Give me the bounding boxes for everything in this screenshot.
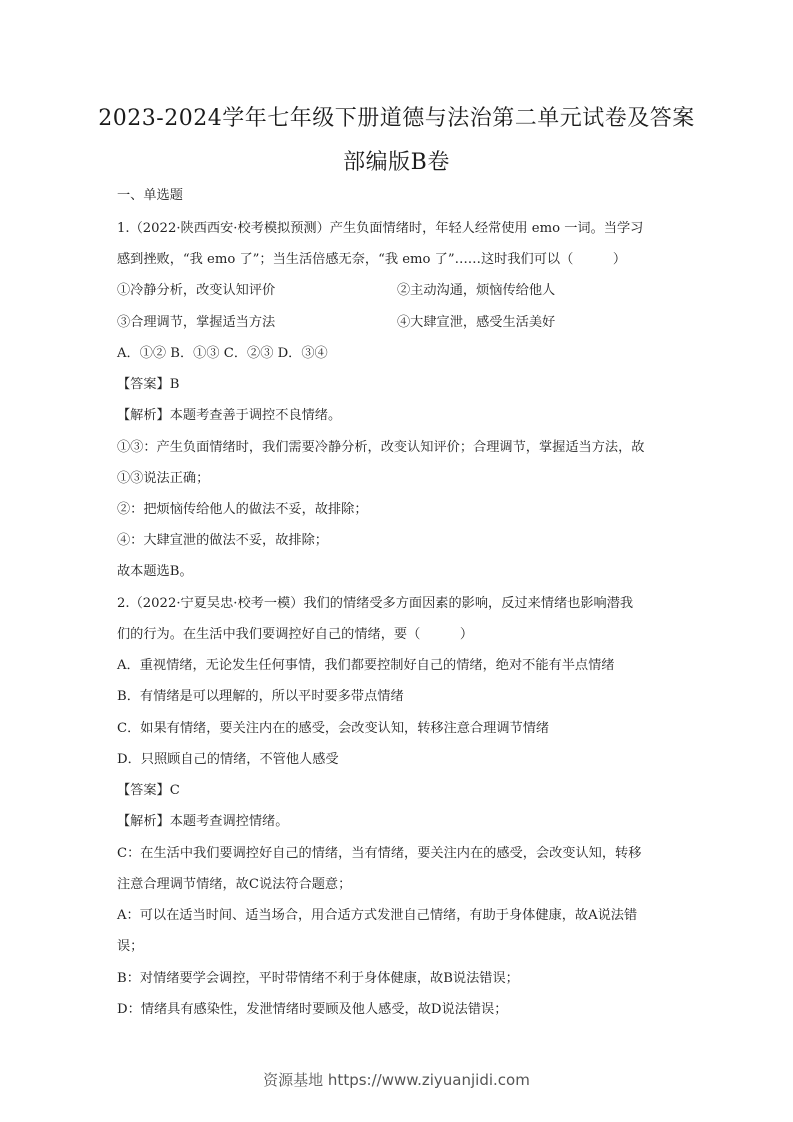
- q2-option-c: C．如果有情绪，要关注内在的感受，会改变认知，转移注意合理调节情绪: [117, 720, 549, 738]
- q2-explanation-line1: C：在生活中我们要调控好自己的情绪，当有情绪，要关注内在的感受，会改变认知，转移: [117, 845, 641, 863]
- q1-option-4: ④大肆宣泄，感受生活美好: [397, 314, 555, 332]
- q1-explanation-line3: ②：把烦恼传给他人的做法不妥，故排除；: [117, 501, 368, 519]
- q1-analysis: 【解析】本题考查善于调控不良情绪。: [117, 407, 341, 425]
- q2-explanation-line4: 误；: [117, 938, 143, 956]
- q1-conclusion: 故本题选B。: [117, 563, 193, 581]
- q2-explanation-line3: A：可以在适当时间、适当场合，用合适方式发泄自己情绪，有助于身体健康，故A说法错: [117, 907, 637, 925]
- document-title: 2023-2024学年七年级下册道德与法治第二单元试卷及答案: [0, 101, 793, 132]
- q1-explanation-line1: ①③：产生负面情绪时，我们需要冷静分析，改变认知评价；合理调节，掌握适当方法，故: [117, 439, 645, 457]
- q1-option-3: ③合理调节，掌握适当方法: [117, 314, 275, 332]
- document-subtitle: 部编版B卷: [0, 145, 793, 176]
- q2-explanation-line5: B：对情绪要学会调控，平时带情绪不利于身体健康，故B说法错误；: [117, 970, 519, 988]
- q1-option-2: ②主动沟通，烦恼传给他人: [397, 282, 555, 300]
- section-heading: 一、单选题: [117, 187, 183, 205]
- q2-answer: 【答案】C: [117, 782, 180, 800]
- q1-answer: 【答案】B: [117, 376, 179, 394]
- q2-analysis: 【解析】本题考查调控情绪。: [117, 813, 288, 831]
- q2-explanation-line6: D：情绪具有感染性，发泄情绪时要顾及他人感受，故D说法错误；: [117, 1001, 507, 1019]
- q2-option-b: B．有情绪是可以理解的，所以平时要多带点情绪: [117, 688, 404, 706]
- q2-explanation-line2: 注意合理调节情绪，故C说法符合题意；: [117, 876, 351, 894]
- q1-stem-line2: 感到挫败，“我 emo 了”；当生活倍感无奈，“我 emo 了”……这时我们可以…: [117, 251, 626, 269]
- q1-stem-line1: 1.（2022·陕西西安·校考模拟预测）产生负面情绪时，年轻人经常使用 emo …: [117, 220, 643, 238]
- q1-explanation-line2: ①③说法正确；: [117, 470, 209, 488]
- q1-explanation-line4: ④：大肆宣泄的做法不妥，故排除；: [117, 532, 328, 550]
- q2-option-a: A．重视情绪，无论发生任何事情，我们都要控制好自己的情绪，绝对不能有半点情绪: [117, 657, 614, 675]
- q1-choices: A．①② B．①③ C．②③ D．③④: [117, 345, 328, 363]
- q1-option-1: ①冷静分析，改变认知评价: [117, 282, 275, 300]
- q2-stem-line2: 们的行为。在生活中我们要调控好自己的情绪，要（ ）: [117, 626, 473, 644]
- footer-watermark: 资源基地 https://www.ziyuanjidi.com: [0, 1069, 793, 1090]
- q2-option-d: D．只照顾自己的情绪，不管他人感受: [117, 751, 339, 769]
- q2-stem-line1: 2.（2022·宁夏吴忠·校考一模）我们的情绪受多方面因素的影响，反过来情绪也影…: [117, 595, 633, 613]
